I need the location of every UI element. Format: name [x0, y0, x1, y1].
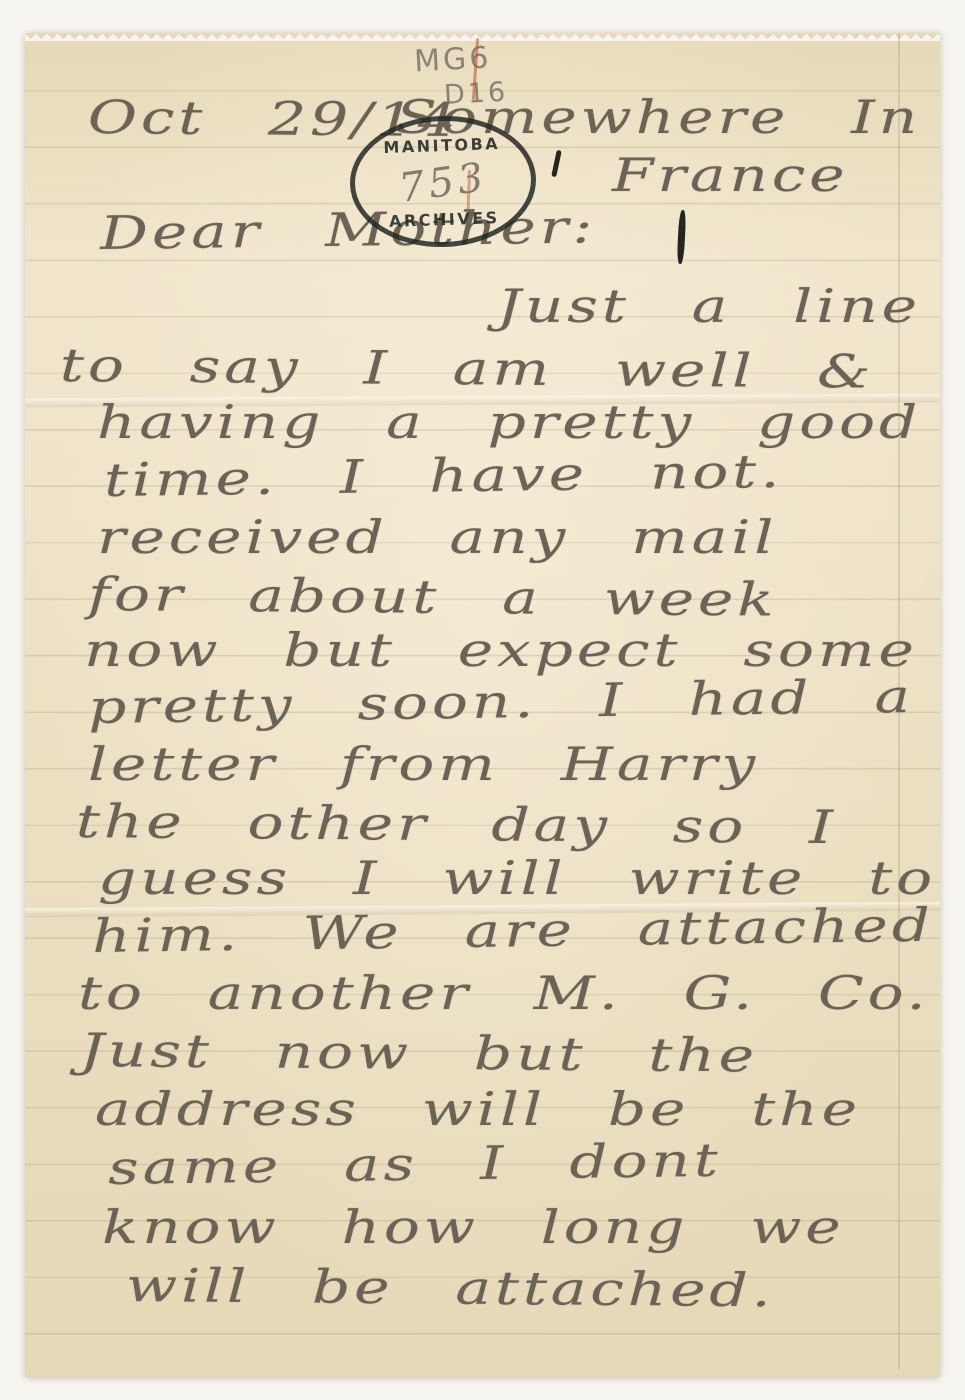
letter-body-line: Just now but the [80, 1025, 759, 1081]
archival-ref-line1: MG6 [413, 40, 507, 80]
stamp-number: 753 [396, 154, 490, 212]
letter-body-line: having a pretty good [97, 397, 921, 448]
letter-body-line: the other day so I [76, 796, 837, 853]
letter-body-line: to say I am well & [60, 340, 875, 397]
letter-body-line: him. We are attached [91, 900, 934, 962]
letter-body-line: letter from Harry [88, 739, 759, 790]
letter-body-line: to another M. G. Co. [78, 968, 929, 1019]
letter-body-line: address will be the [95, 1084, 861, 1135]
letter-body-line: know how long we [102, 1202, 845, 1253]
letter-body-line: received any mail [97, 512, 777, 563]
letter-body-line: Just a line [497, 281, 921, 332]
letter-body-line: guess I will write to [98, 853, 936, 904]
scan-background: MG6 D16 Oct 29/14 Somewhere In France De… [0, 0, 965, 1400]
letter-body-line: time. I have not. [103, 446, 783, 506]
letter-body-line: pretty soon. I had a [87, 671, 914, 733]
letter-body-line: will be attached. [126, 1260, 775, 1316]
letter-place-line2: France [612, 150, 849, 201]
letter-body-line: same as I dont [107, 1135, 722, 1194]
letter-body-line: for about a week [88, 569, 778, 625]
letter-body-line: now but expect some [84, 625, 918, 676]
